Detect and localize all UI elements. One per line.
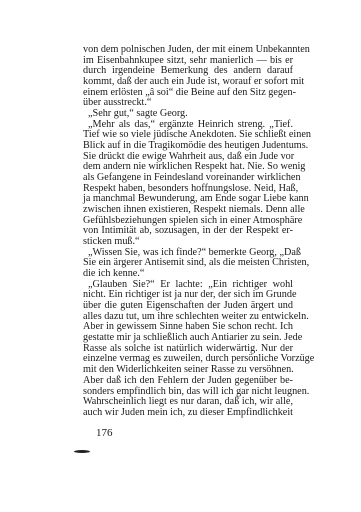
book-page: von dem polnischen Juden, der mit einem … xyxy=(0,0,361,512)
text-line: auch wir Juden mein ich, zu dieser Empfi… xyxy=(83,408,293,419)
ink-smudge xyxy=(74,450,90,453)
body-text: von dem polnischen Juden, der mit einem … xyxy=(83,45,293,419)
text-line: Aber daß ich den Fehlern der Juden gegen… xyxy=(83,376,293,387)
page-number: 176 xyxy=(96,427,113,439)
